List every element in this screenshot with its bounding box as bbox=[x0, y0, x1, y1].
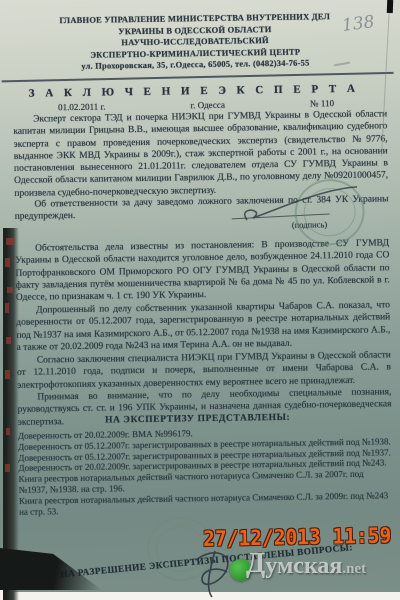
binding-edge-shadow bbox=[3, 228, 19, 600]
scanned-document-photo: ГЛАВНОЕ УПРАВЛЕНИЕ МИНИСТЕРСТВА ВНУТРЕНН… bbox=[0, 0, 400, 600]
red-binding-mark bbox=[7, 287, 13, 293]
watermark-domain: .net bbox=[342, 549, 366, 589]
document-content: ГЛАВНОЕ УПРАВЛЕНИЕ МИНИСТЕРСТВА ВНУТРЕНН… bbox=[0, 0, 400, 595]
watermark-name: умская bbox=[265, 549, 342, 583]
handwritten-page-number: 138 bbox=[341, 12, 376, 36]
watermark-initial: Д bbox=[246, 549, 265, 579]
red-binding-mark bbox=[6, 337, 11, 344]
evidence-list: Доверенность от 20.02.2009г. ВМА №996179… bbox=[18, 425, 393, 517]
paragraph-specialist-conclusion: Согласно заключения специалиста НИЭКЦ пр… bbox=[17, 349, 392, 391]
paragraph-case-circumstances: Обстоятельства дела известны из постанов… bbox=[15, 237, 390, 304]
document-date: 01.02.2011 г. bbox=[58, 102, 105, 113]
document-page: ГЛАВНОЕ УПРАВЛЕНИЕ МИНИСТЕРСТВА ВНУТРЕНН… bbox=[0, 0, 400, 592]
red-binding-mark bbox=[5, 370, 10, 379]
letterhead-divider bbox=[2, 72, 394, 83]
red-binding-mark bbox=[6, 238, 14, 245]
scan-edge-mark bbox=[387, 0, 393, 13]
camera-timestamp: 27/12/2013 11:59 bbox=[203, 523, 391, 551]
red-binding-mark bbox=[5, 464, 10, 472]
evidence-item: Книга реестров нотариальных действий час… bbox=[19, 490, 393, 517]
red-binding-mark bbox=[5, 258, 10, 267]
document-city: г. Одесса bbox=[190, 100, 225, 111]
red-binding-mark bbox=[6, 428, 10, 435]
red-binding-mark bbox=[5, 303, 9, 313]
letterhead: ГЛАВНОЕ УПРАВЛЕНИЕ МИНИСТЕРСТВА ВНУТРЕНН… bbox=[23, 11, 368, 74]
paragraph-owner-deposition: Допрошенный по делу собственник указанно… bbox=[16, 299, 391, 354]
document-number: № 110 bbox=[310, 98, 334, 108]
news-site-watermark: Д умская .net bbox=[230, 549, 366, 589]
